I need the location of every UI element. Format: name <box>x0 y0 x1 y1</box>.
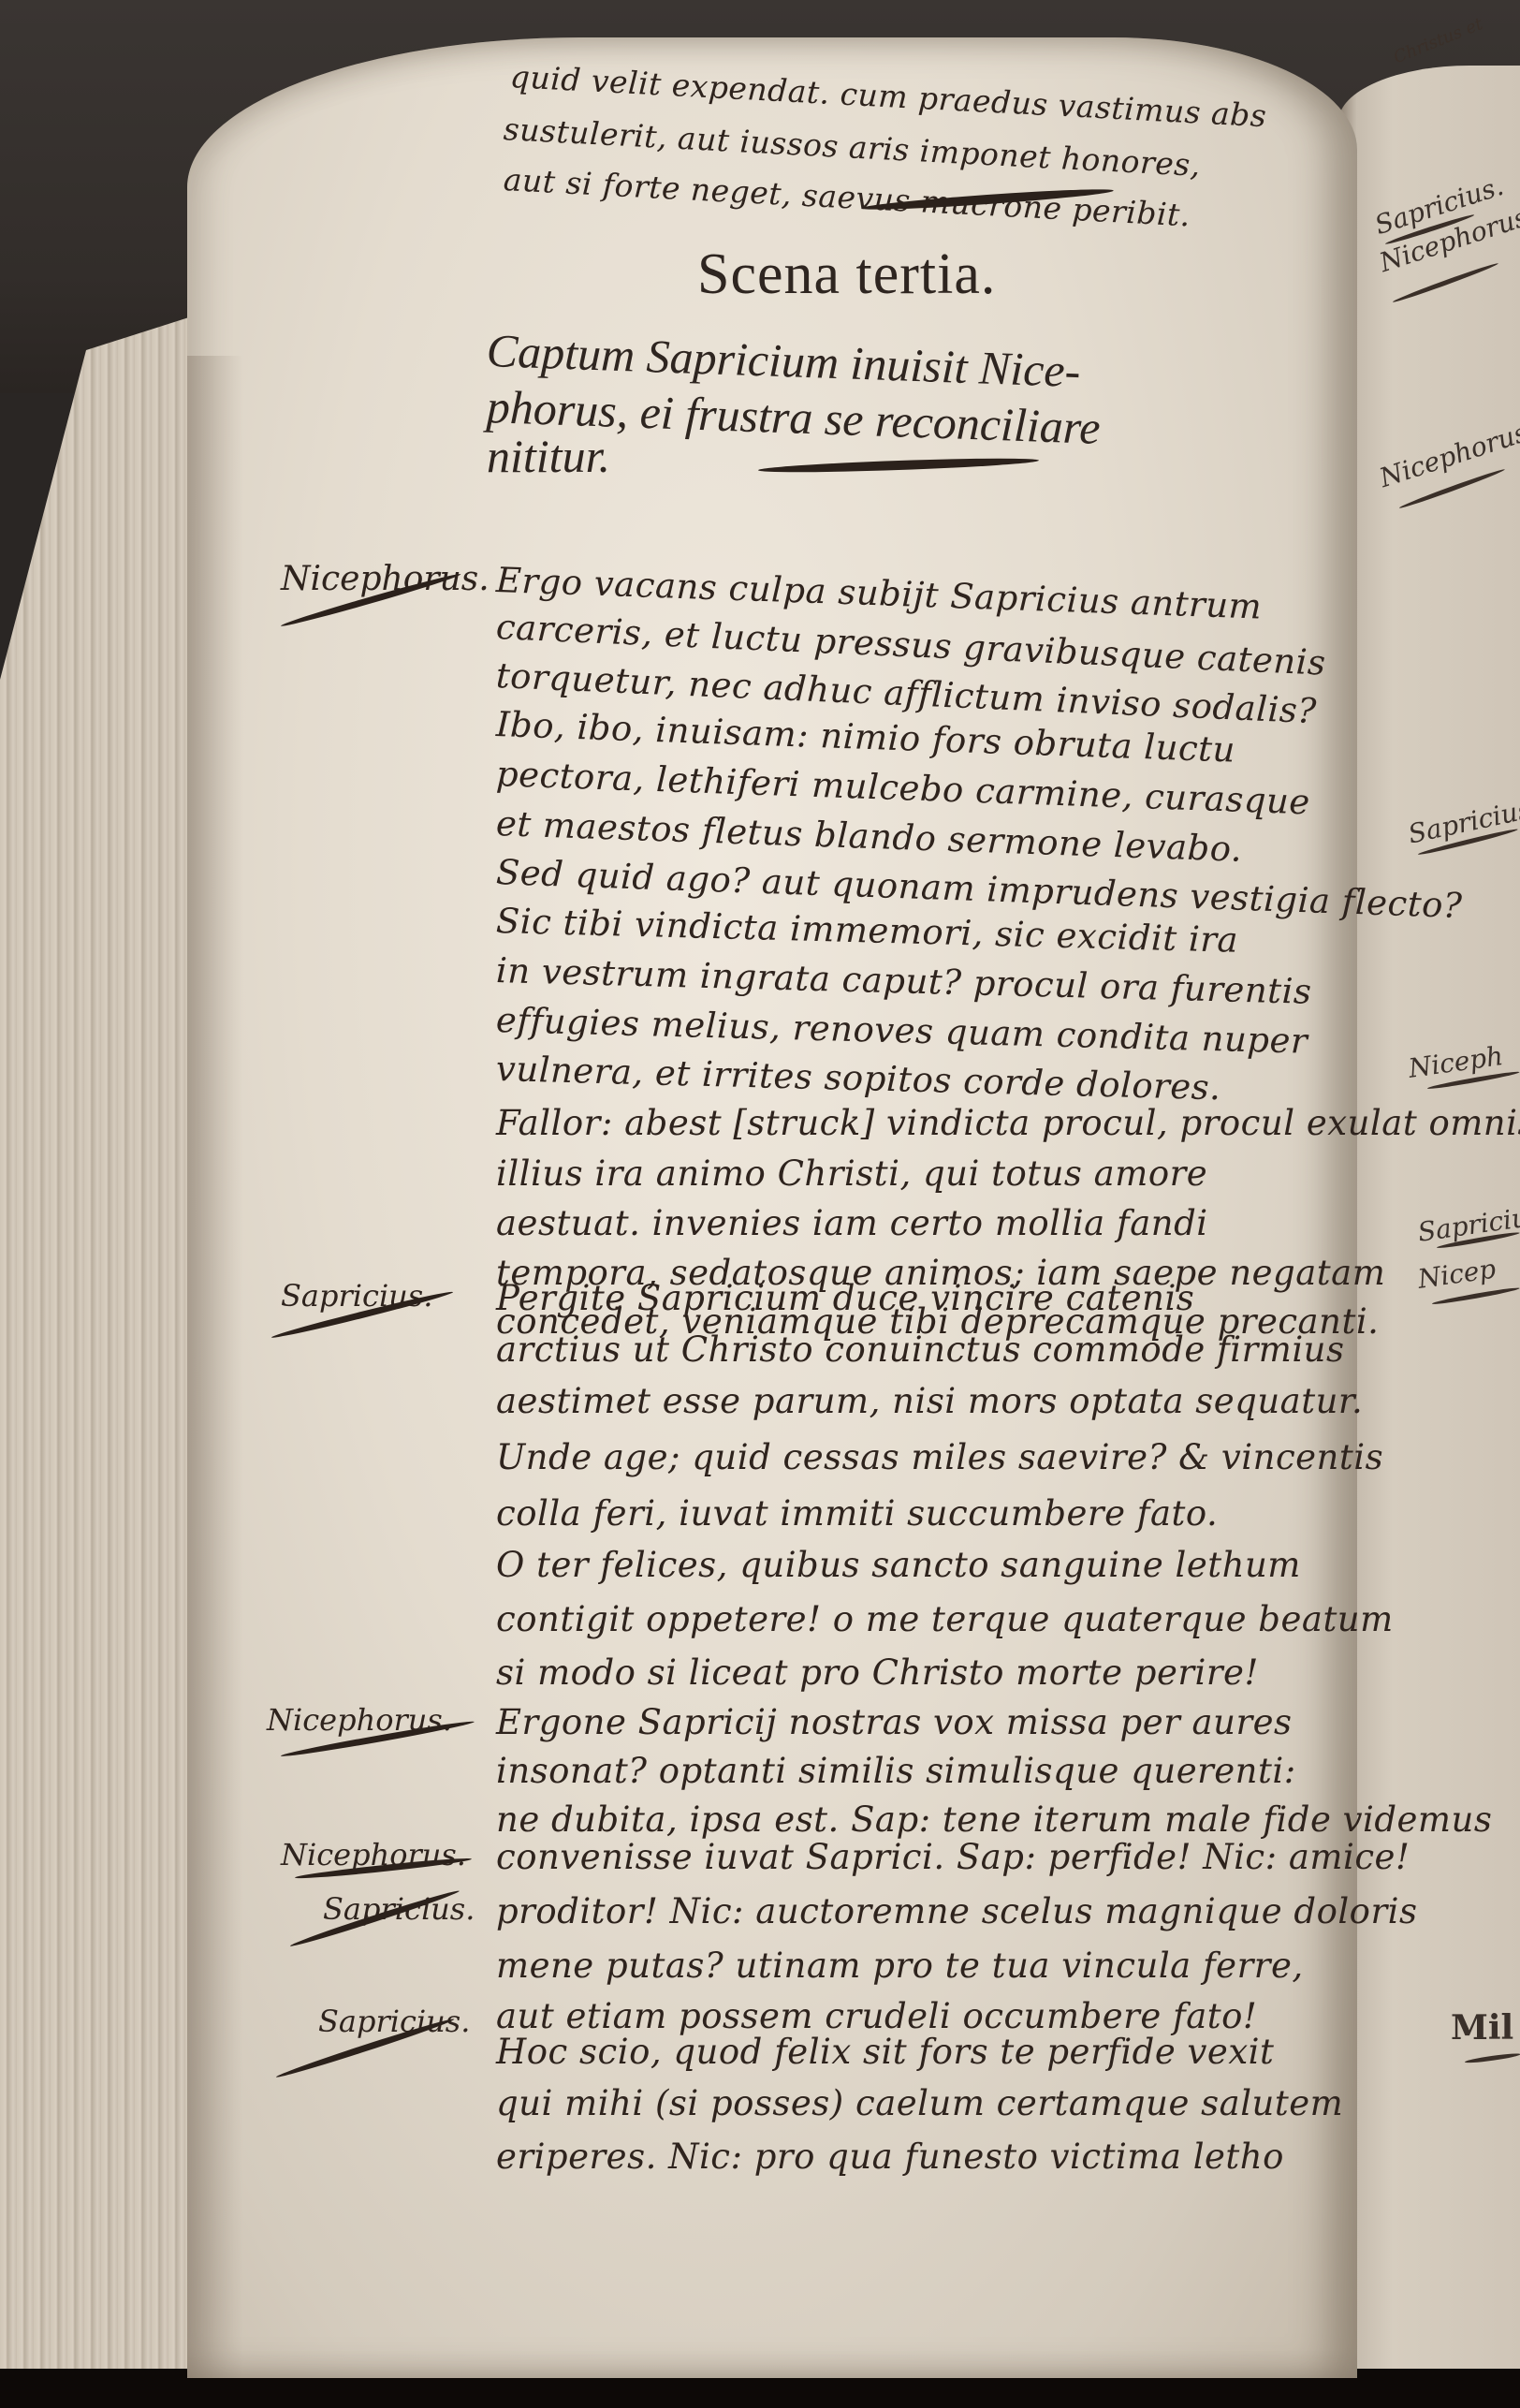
speaker-label: Sapricius. <box>281 1278 432 1314</box>
facing-speaker-label: Mil <box>1451 2008 1513 2048</box>
dialogue-line: ne dubita, ipsa est. Sap: tene iterum ma… <box>496 1799 1492 1840</box>
dialogue-line: aut etiam possem crudeli occumbere fato! <box>496 1996 1257 2036</box>
page-fold-shadow <box>187 356 243 2378</box>
dialogue-line: eriperes. Nic: pro qua funesto victima l… <box>496 2136 1284 2177</box>
dialogue-line: Unde age; quid cessas miles saevire? & v… <box>496 1437 1383 1477</box>
dialogue-line: qui mihi (si posses) caelum certamque sa… <box>496 2083 1343 2123</box>
dialogue-line: arctius ut Christo conuinctus commode fi… <box>496 1329 1345 1370</box>
dialogue-line: illius ira animo Christi, qui totus amor… <box>496 1153 1207 1194</box>
dialogue-line: Ergone Sapricij nostras vox missa per au… <box>496 1702 1293 1742</box>
dialogue-line: Hoc scio, quod felix sit fors te perfide… <box>496 2032 1274 2072</box>
dialogue-line: Pergite Sapricium duce vincire catenis <box>496 1278 1194 1318</box>
dialogue-line: colla feri, iuvat immiti succumbere fato… <box>496 1493 1218 1534</box>
dialogue-line: convenisse iuvat Saprici. Sap: perfide! … <box>496 1837 1410 1877</box>
dialogue-line: aestimet esse parum, nisi mors optata se… <box>496 1381 1363 1421</box>
dialogue-line: Fallor: abest [struck] vindicta procul, … <box>496 1103 1520 1143</box>
dialogue-line: O ter felices, quibus sancto sanguine le… <box>496 1545 1301 1585</box>
dialogue-line: insonat? optanti similis simulisque quer… <box>496 1751 1296 1791</box>
dialogue-line: contigit oppetere! o me terque quaterque… <box>496 1599 1394 1639</box>
book-page-edges <box>0 309 215 2369</box>
scene-argument-line: nititur. <box>487 429 610 483</box>
dialogue-line: proditor! Nic: auctoremne scelus magniqu… <box>496 1891 1417 1931</box>
scene-title: Scena tertia. <box>697 242 996 308</box>
dialogue-line: aestuat. invenies iam certo mollia fandi <box>496 1203 1208 1243</box>
dialogue-line: mene putas? utinam pro te tua vincula fe… <box>496 1945 1304 1986</box>
dialogue-line: si modo si liceat pro Christo morte peri… <box>496 1652 1259 1693</box>
